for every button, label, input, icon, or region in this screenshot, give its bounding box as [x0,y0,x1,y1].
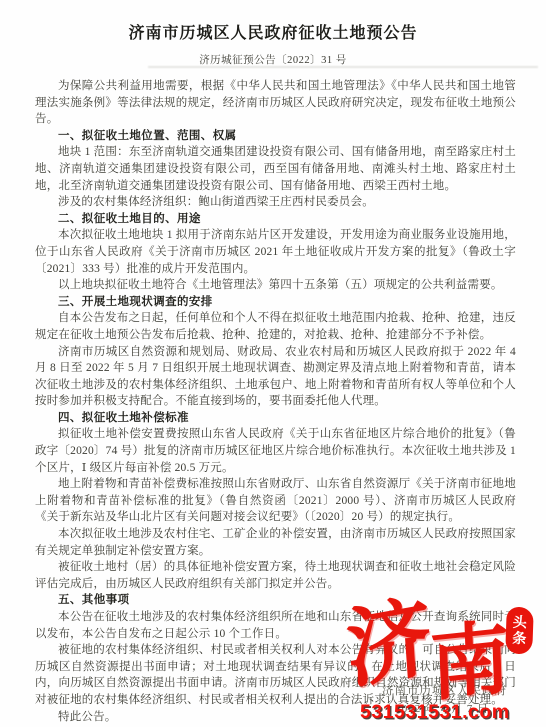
signature-date: 2022 年 4 月 7 日 [382,700,489,716]
document-number: 济历城征预公告〔2022〕31 号 [0,52,546,67]
section-heading: 一、拟征收土地位置、范围、权属 [35,128,516,145]
document-title: 济南市历城区人民政府征收土地预公告 [0,0,546,43]
paragraph: 被征收土地村（居）的具体征地补偿安置方案，待土地现状调查和征收土地社会稳定风险评… [35,559,516,592]
section-heading: 四、拟征收土地补偿标准 [35,410,516,427]
paragraph: 本次拟征收土地地块 1 拟用于济南东站片区开发建设，开发用途为商业服务业设施用地… [35,227,516,277]
document-body: 为保障公共利益用地需要，根据《中华人民共和国土地管理法》《中华人民共和国土地管理… [35,78,516,725]
paragraph: 地上附着物和青苗补偿费标准按照山东省财政厅、山东省自然资源厅《关于济南市征地地上… [35,476,516,526]
paragraph: 为保障公共利益用地需要，根据《中华人民共和国土地管理法》《中华人民共和国土地管理… [35,78,516,128]
signature-issuer: 济南市历城区人民政府 [382,682,507,698]
paragraph: 本次拟征收土地涉及农村住宅、工矿企业的补偿安置，由济南市历城区人民政府按照国家有… [35,526,516,559]
section-heading: 三、开展土地现状调查的安排 [35,294,516,311]
section-heading: 二、拟征收土地目的、用途 [35,211,516,228]
signature-block: 济南市历城区人民政府 2022 年 4 月 7 日 [382,682,507,716]
paragraph: 本公告在征收土地涉及的农村集体经济组织所在地和山东省征地信息公开查询系统同时予以… [35,609,516,642]
paragraph: 济南市历城区自然资源和规划局、财政局、农业农村局和历城区人民政府拟于 2022 … [35,344,516,410]
announcement-page: 济南市历城区人民政府征收土地预公告 济历城征预公告〔2022〕31 号 为保障公… [0,0,546,727]
paragraph: 自本公告发布之日起，任何单位和个人不得在拟征收土地范围内抢栽、抢种、抢建，违反规… [35,310,516,343]
paragraph: 以上地块拟征收土地符合《土地管理法》第四十五条第（五）项规定的公共利益需要。 [35,277,516,294]
scan-artifact-line [148,66,538,68]
paragraph: 地块 1 范围：东至济南轨道交通集团建设投资有限公司、国有储备用地，南至路家庄村… [35,144,516,194]
section-heading: 五、其他事项 [35,592,516,609]
paragraph: 涉及的农村集体经济组织：鲍山街道西梁王庄西村民委员会。 [35,194,516,211]
paragraph: 拟征收土地补偿安置费按照山东省人民政府《关于山东省征地区片综合地价的批复》（鲁政… [35,426,516,476]
